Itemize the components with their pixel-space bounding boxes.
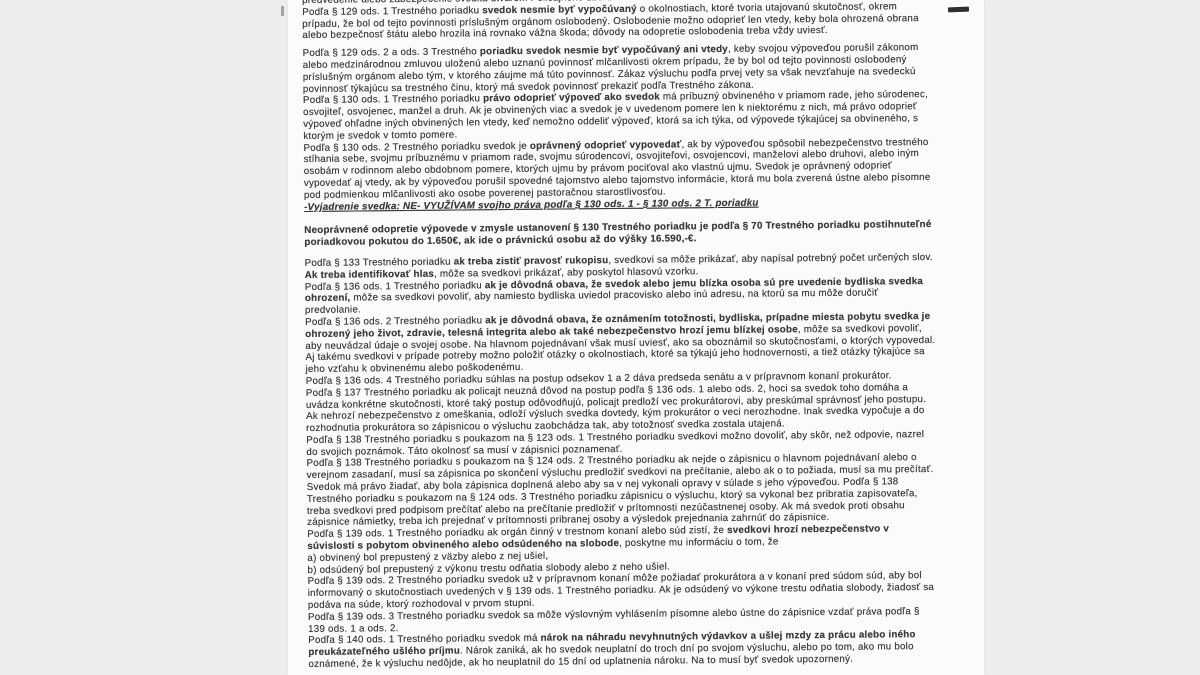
document-text: predvedenie alebo zabezpečenie svedka út… (302, 0, 976, 671)
document-page: predvedenie alebo zabezpečenie svedka út… (288, 0, 984, 675)
document-scan-viewer: predvedenie alebo zabezpečenie svedka út… (0, 0, 1200, 675)
scan-artifact-top-right-mark (948, 7, 969, 13)
scan-artifact-left-mark (281, 6, 284, 16)
